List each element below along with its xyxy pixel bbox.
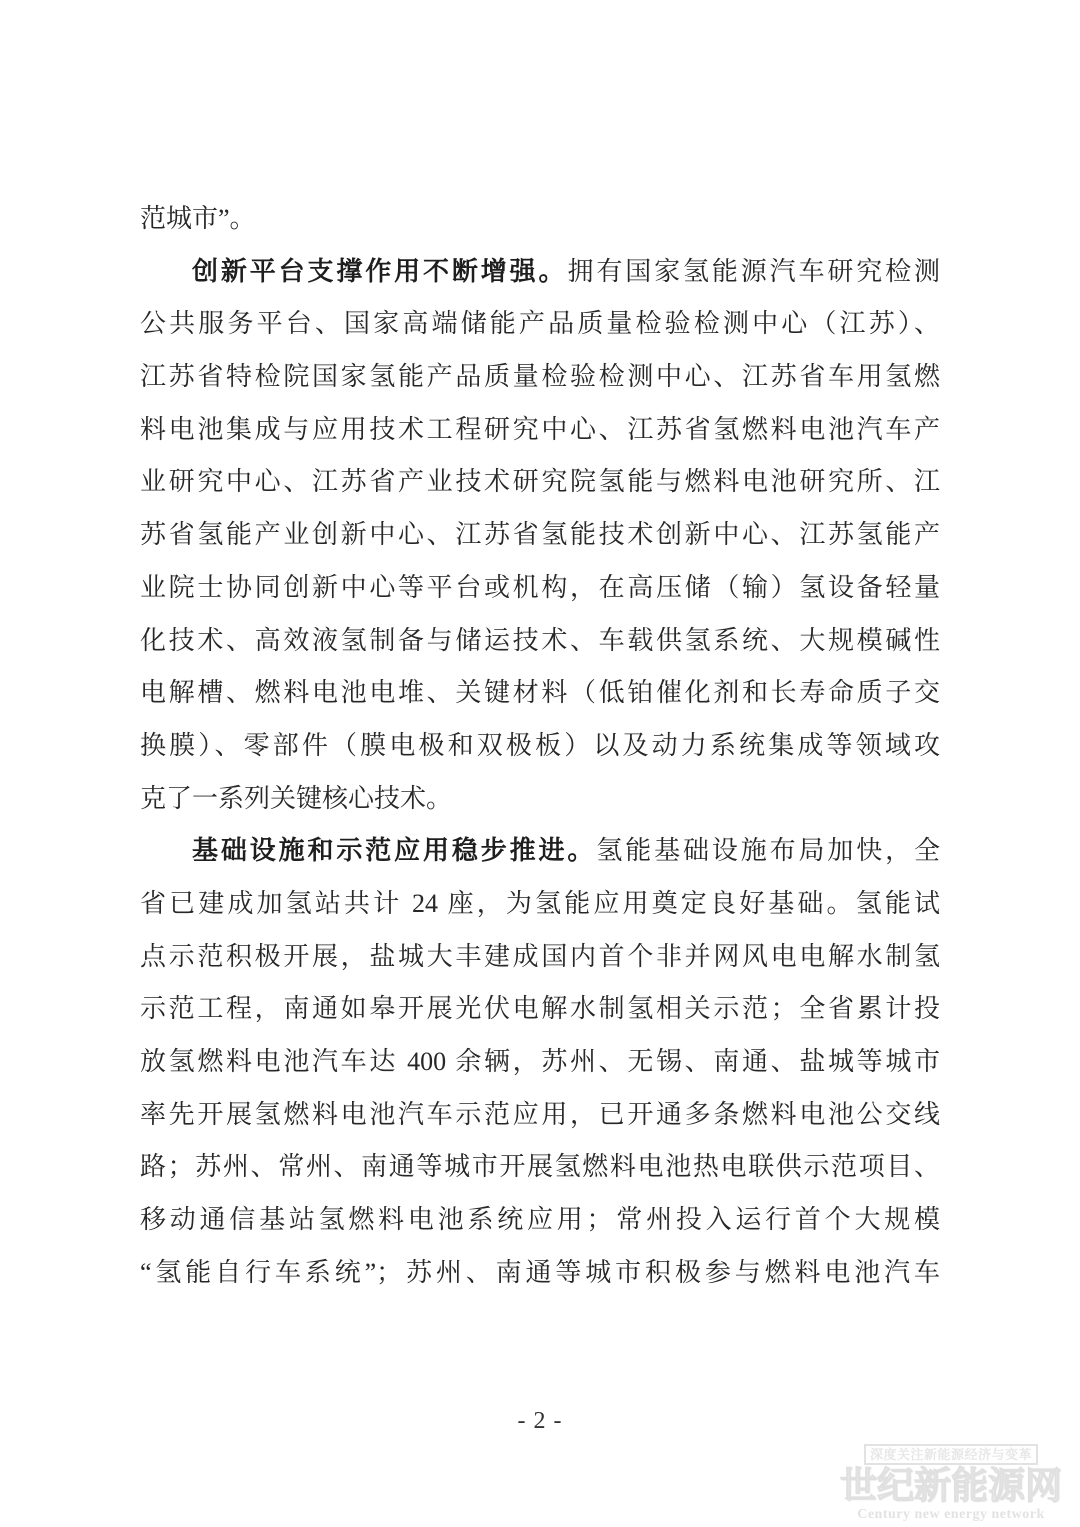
text-line: 料电池集成与应用技术工程研究中心、江苏省氢燃料电池汽车产 (140, 404, 940, 457)
text-line: 公共服务平台、国家高端储能产品质量检验检测中心（江苏）、 (140, 298, 940, 351)
text-line: 点示范积极开展，盐城大丰建成国内首个非并网风电电解水制氢 (140, 931, 940, 984)
text-line: 业研究中心、江苏省产业技术研究院氢能与燃料电池研究所、江 (140, 456, 940, 509)
site-watermark: 深度关注新能源经济与变革 世纪新能源网 Century new energy n… (836, 1444, 1066, 1523)
text-line: 放氢燃料电池汽车达 400 余辆，苏州、无锡、南通、盐城等城市 (140, 1036, 940, 1089)
watermark-slogan: 深度关注新能源经济与变革 (864, 1444, 1038, 1465)
page-number: - 2 - (140, 1408, 940, 1435)
document-page: 范城市”。 创新平台支撑作用不断增强。拥有国家氢能源汽车研究检测 公共服务平台、… (0, 0, 1080, 1527)
text-line: 移动通信基站氢燃料电池系统应用；常州投入运行首个大规模 (140, 1194, 940, 1247)
text-line: 基础设施和示范应用稳步推进。氢能基础设施布局加快，全 (140, 825, 940, 878)
text-line: 示范工程，南通如皋开展光伏电解水制氢相关示范；全省累计投 (140, 983, 940, 1036)
watermark-subtitle: Century new energy network (836, 1507, 1066, 1523)
text-line: 省已建成加氢站共计 24 座，为氢能应用奠定良好基础。氢能试 (140, 878, 940, 931)
watermark-title: 世纪新能源网 (836, 1467, 1066, 1507)
text-line: 率先开展氢燃料电池汽车示范应用，已开通多条燃料电池公交线 (140, 1089, 940, 1142)
text-line: 换膜）、零部件（膜电极和双极板）以及动力系统集成等领域攻 (140, 720, 940, 773)
text-line: 江苏省特检院国家氢能产品质量检验检测中心、江苏省车用氢燃 (140, 351, 940, 404)
text-line: 业院士协同创新中心等平台或机构，在高压储（输）氢设备轻量 (140, 562, 940, 615)
document-body: 范城市”。 创新平台支撑作用不断增强。拥有国家氢能源汽车研究检测 公共服务平台、… (140, 193, 940, 1299)
text-line: 化技术、高效液氢制备与储运技术、车载供氢系统、大规模碱性 (140, 615, 940, 668)
text-line: 克了一系列关键核心技术。 (140, 773, 940, 826)
watermark-slogan-box: 深度关注新能源经济与变革 (836, 1444, 1066, 1465)
text-line: 苏省氢能产业创新中心、江苏省氢能技术创新中心、江苏氢能产 (140, 509, 940, 562)
text-line: 电解槽、燃料电池电堆、关键材料（低铂催化剂和长寿命质子交 (140, 667, 940, 720)
text-line: 路；苏州、常州、南通等城市开展氢燃料电池热电联供示范项目、 (140, 1141, 940, 1194)
text-line: 创新平台支撑作用不断增强。拥有国家氢能源汽车研究检测 (140, 246, 940, 299)
text-line: “氢能自行车系统”；苏州、南通等城市积极参与燃料电池汽车 (140, 1247, 940, 1300)
text-line: 范城市”。 (140, 193, 940, 246)
